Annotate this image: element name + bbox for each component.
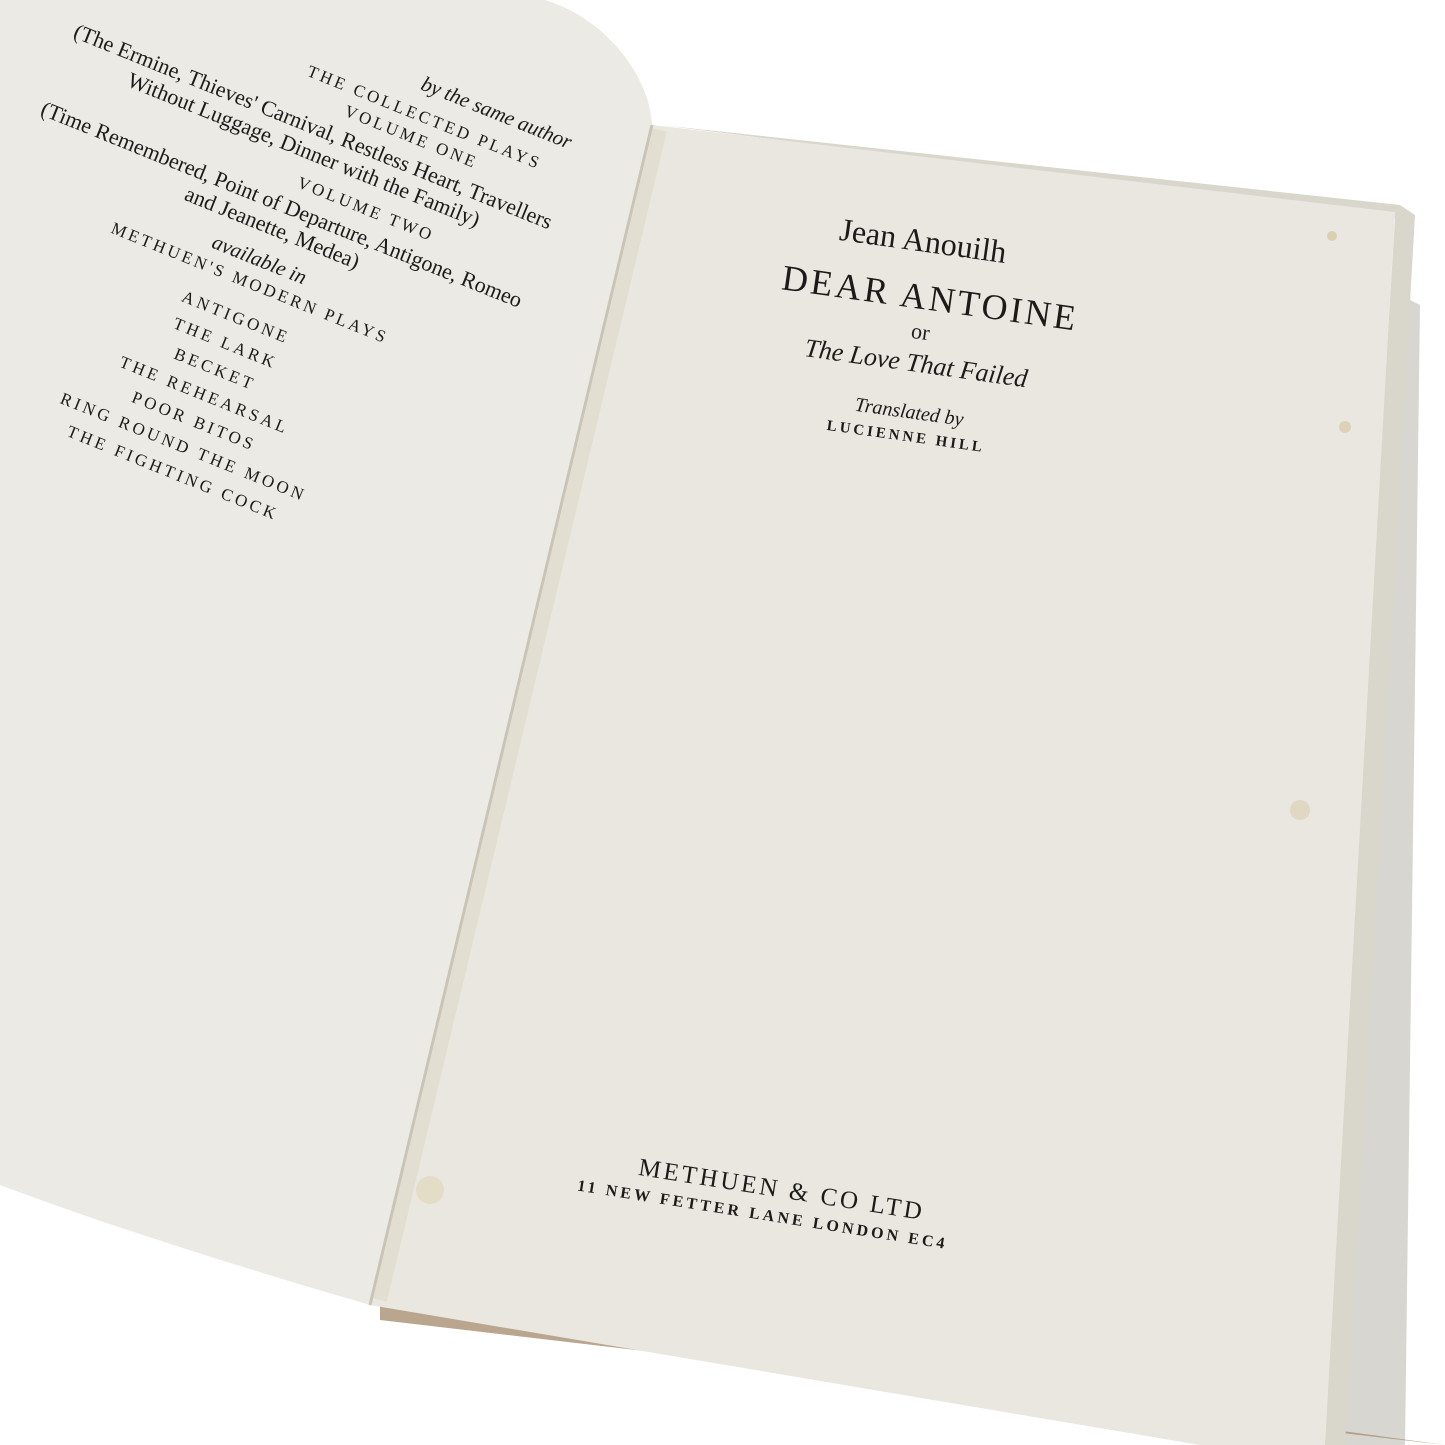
open-book-photo: by the same author THE COLLECTED PLAYS V… [0, 0, 1445, 1445]
